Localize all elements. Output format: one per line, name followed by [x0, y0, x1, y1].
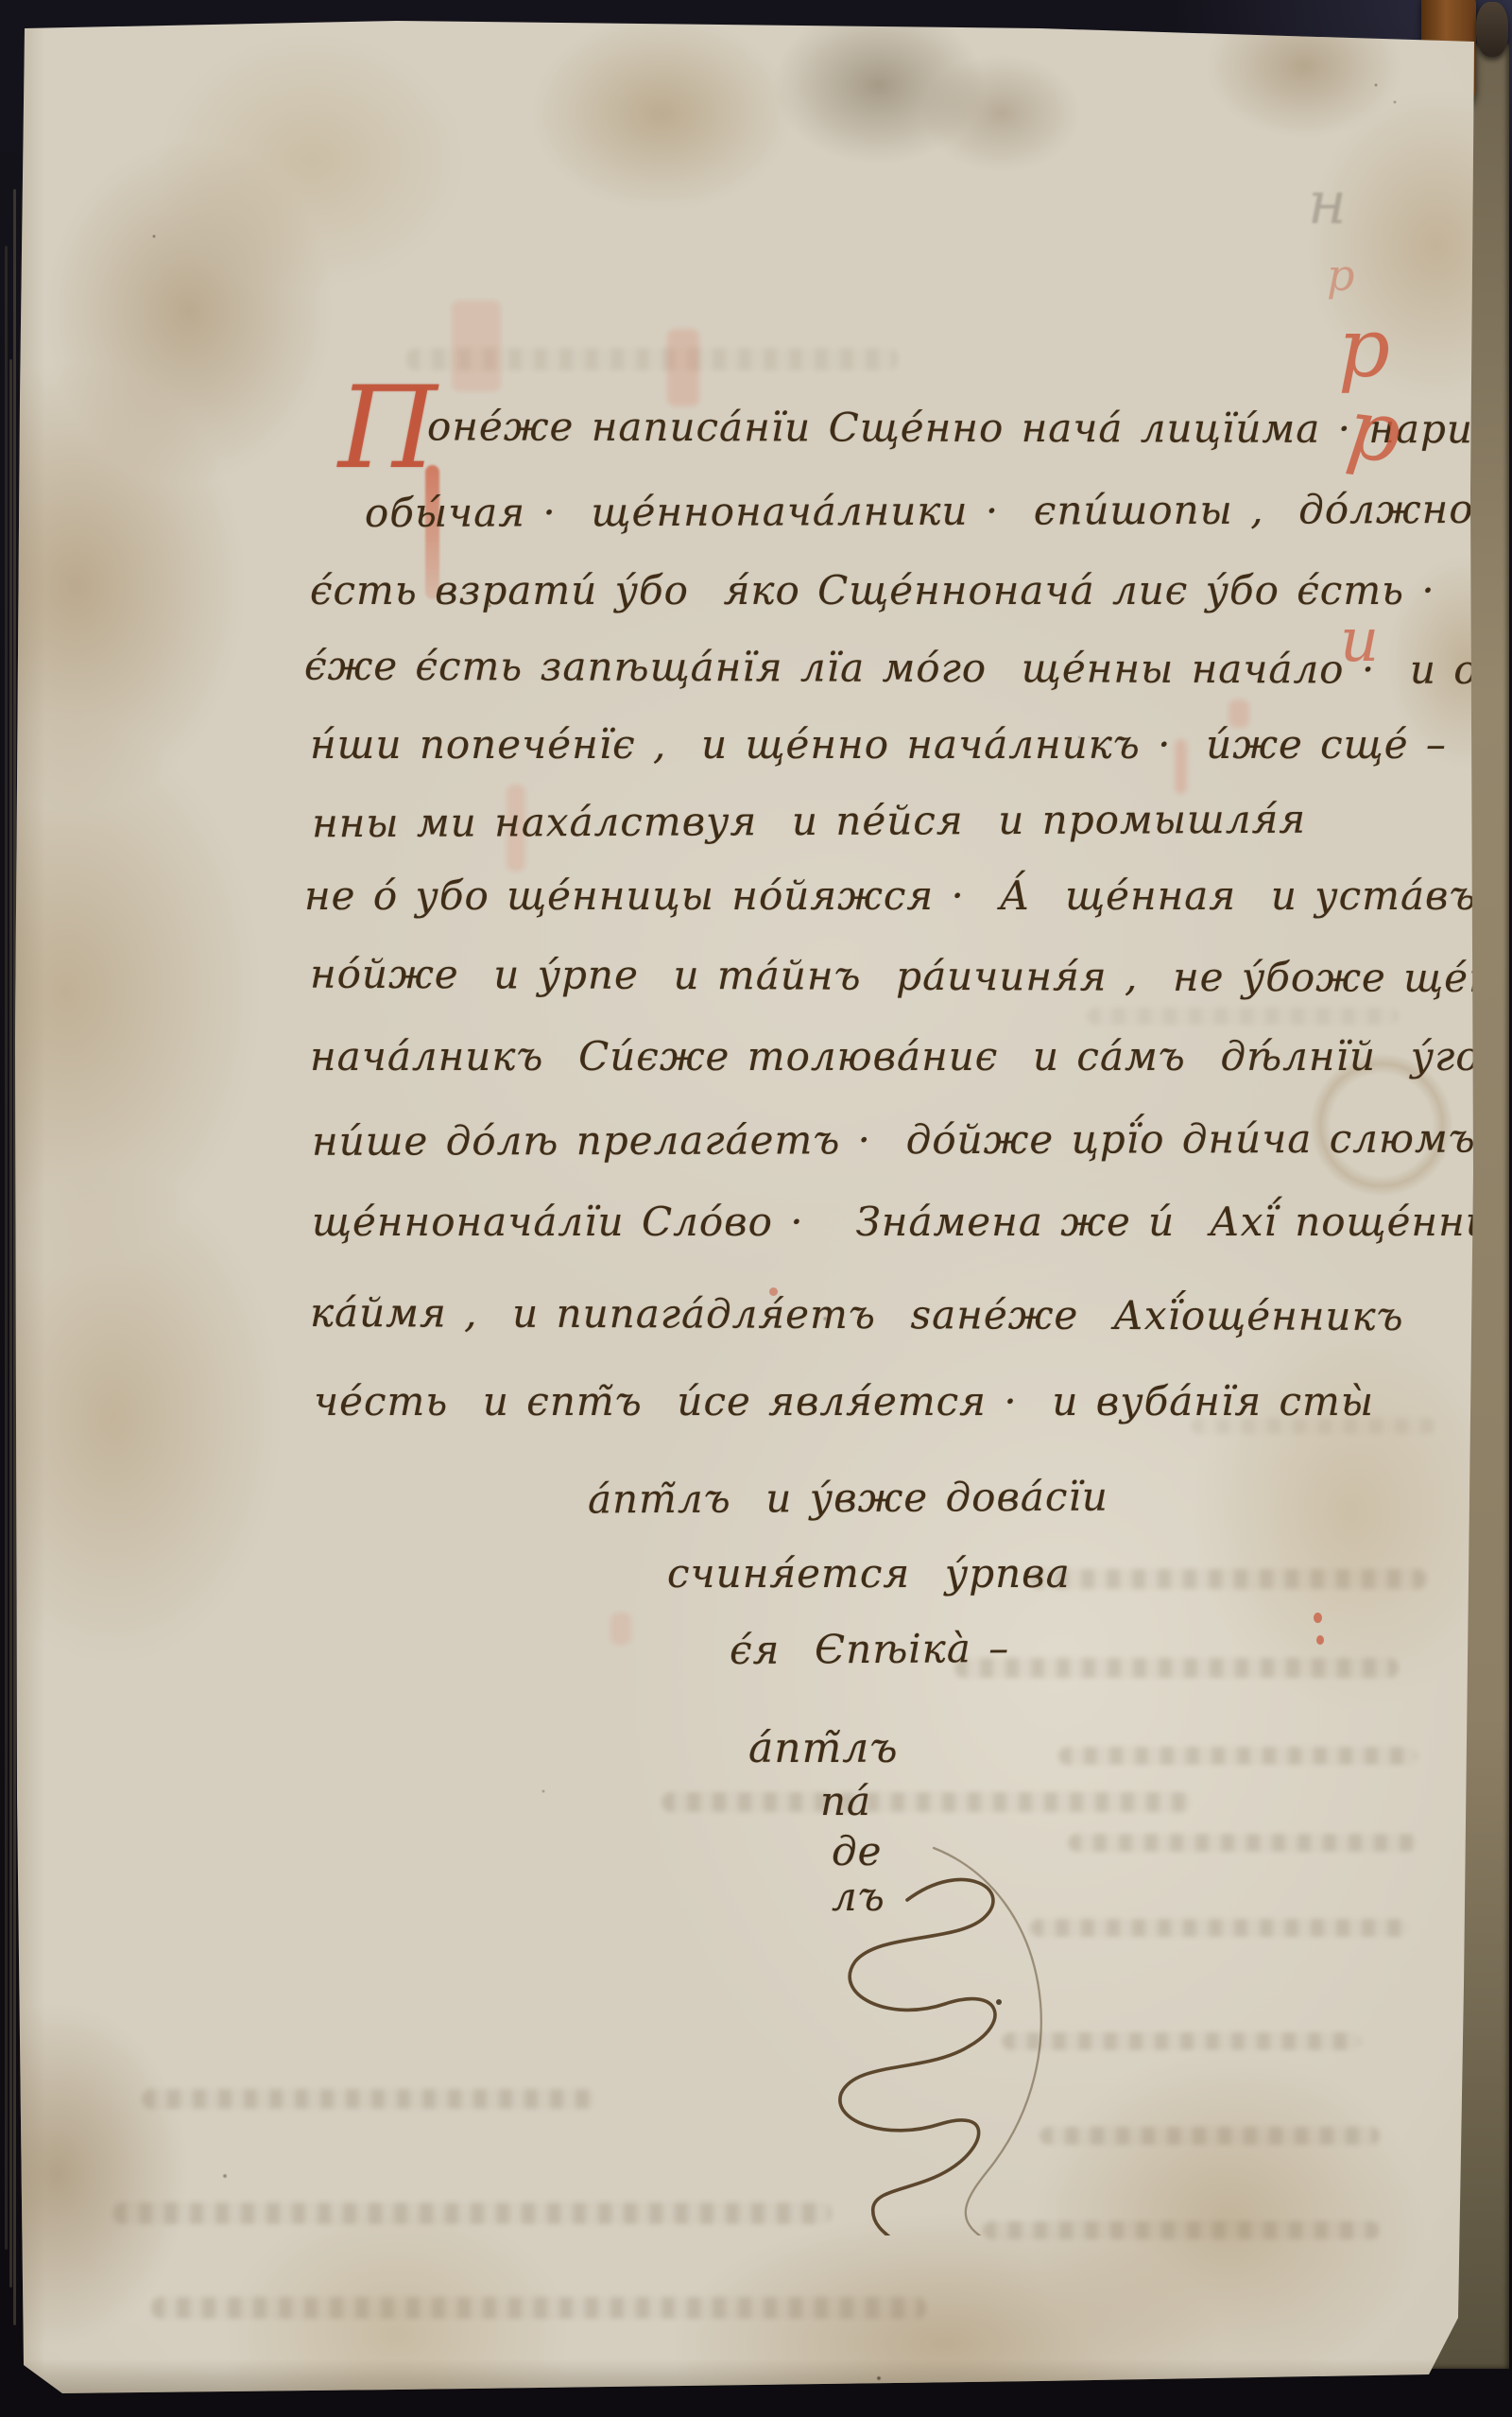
manuscript-leaf: н П оне́же написа́нїи Сще́нно нача́ лицї…	[0, 0, 1512, 2417]
strap-knob	[1476, 2, 1508, 57]
gutter-page-edge	[9, 359, 12, 2288]
gutter-page-edge	[5, 246, 8, 2250]
gutter-page-edge	[13, 189, 16, 2325]
manuscript-photo: н П оне́же написа́нїи Сще́нно нача́ лицї…	[0, 0, 1512, 2417]
paper-specks	[0, 0, 1512, 2417]
